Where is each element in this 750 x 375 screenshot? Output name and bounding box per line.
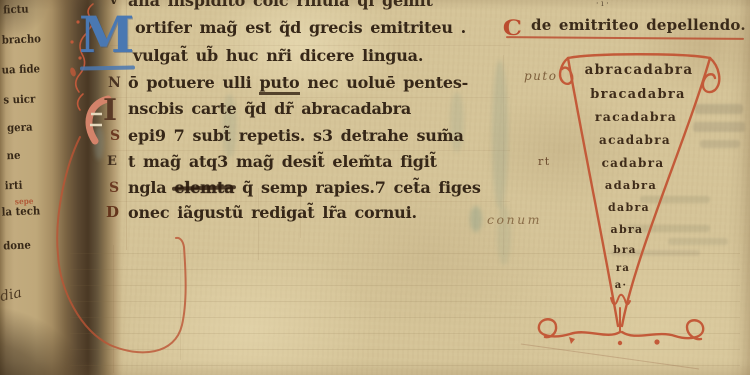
abracadabra-row: abra: [562, 224, 692, 235]
margin-initial-i: I: [103, 96, 117, 126]
top-edge-mark: · ı ·: [596, 0, 609, 8]
line-post: nec uoluē pentes-: [300, 73, 469, 92]
verse-line-top-fragment: ana inspidito coic rinula qi gemit: [128, 0, 433, 9]
abracadabra-row: cadabra: [568, 157, 698, 169]
dropcap-initial-m: M: [79, 10, 134, 60]
abracadabra-row: adabra: [566, 180, 696, 192]
verse-line: ngla elemta q̃ semp rapies.7 cet̃a figes: [128, 180, 481, 196]
margin-initial-n: N: [108, 76, 121, 90]
verse-line: nscbis carte q̃d dr̃ abracadabra: [128, 101, 411, 117]
abracadabra-row: bra: [560, 245, 690, 256]
gutter-fragment: s uicr: [3, 93, 35, 105]
line-pre: ngla: [128, 178, 174, 197]
rubric-title: de emitriteo depellendo.: [531, 18, 746, 33]
verse-line: onec iãgustũ redigat̃ lr̃a cornui.: [128, 205, 417, 221]
paragraph-mark: C: [503, 17, 522, 38]
margin-initial-e: E: [107, 155, 117, 168]
gutter-fragment: ua fide: [1, 63, 40, 75]
abracadabra-row: bracadabra: [573, 88, 703, 101]
abracadabra-row: ra: [558, 264, 688, 274]
verse-line: ō potuere ulli puto nec uoluē pentes-: [128, 75, 468, 91]
margin-initial-s2: S: [109, 181, 119, 195]
line-post: q̃ semp rapies.7 cet̃a figes: [234, 178, 480, 197]
gutter-fragment: done: [3, 240, 31, 252]
margin-initial-s: S: [110, 129, 120, 143]
gutter-fragment: bracho: [2, 33, 42, 45]
abracadabra-row: a·: [556, 281, 686, 291]
abracadabra-row: acadabra: [570, 134, 700, 146]
gutter-fragment: la tech: [1, 205, 40, 217]
gutter-cursive-note: dia: [0, 286, 23, 304]
verse-line: epi9 7 subt̃ repetis. s3 detrahe sum̃a: [128, 128, 464, 144]
gutter-fragment: irti: [5, 180, 23, 192]
line-pre: ō potuere ulli: [128, 73, 259, 92]
struck-word: elemta: [174, 178, 234, 197]
underlined-word: puto: [259, 73, 299, 95]
verse-line: vulgat̃ ub̃ huc nr̃i dicere lingua.: [133, 48, 423, 64]
gutter-fragment: ne: [6, 150, 20, 161]
margin-initial-d: D: [106, 205, 119, 220]
abracadabra-row: dabra: [564, 202, 694, 213]
manuscript-photo: fictu bracho ua fide s uicr gera ne irti…: [0, 0, 750, 375]
margin-initial-top: v: [110, 0, 118, 7]
verse-line: ortifer mag̃ est q̃d grecis emitriteu .: [135, 20, 466, 36]
gutter-fragment: gera: [7, 122, 33, 134]
abracadabra-row: racadabra: [571, 111, 701, 124]
abracadabra-row: abracadabra: [574, 64, 704, 78]
verse-line: t mag̃ atq3 mag̃ desit̃ elem̃ta figit̃: [128, 154, 437, 170]
abracadabra-rows: abracadabra bracadabra racadabra acadabr…: [525, 40, 750, 360]
gutter-fragment: fictu: [3, 4, 29, 16]
